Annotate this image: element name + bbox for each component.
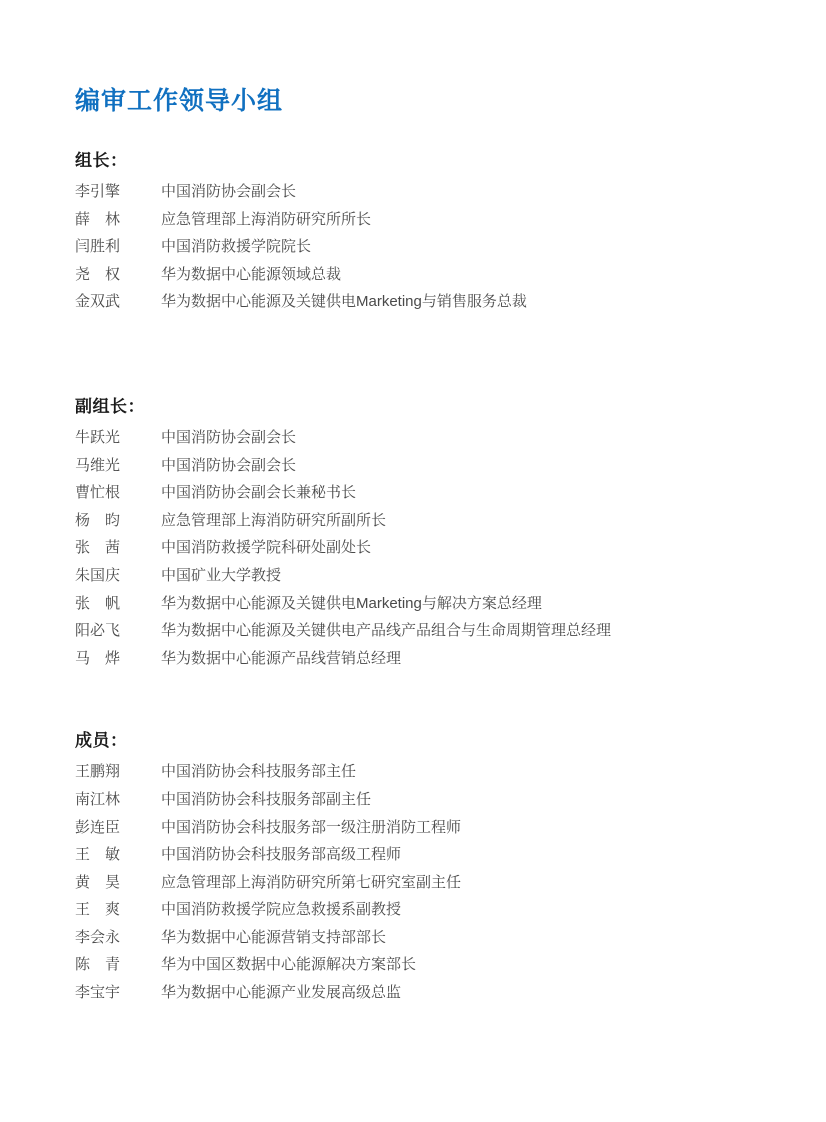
member-row: 陈 青 华为中国区数据中心能源解决方案部长	[75, 951, 756, 979]
member-name: 尧 权	[75, 261, 161, 289]
member-title: 华为数据中心能源领域总裁	[161, 261, 756, 289]
member-title: 华为数据中心能源产品线营销总经理	[161, 645, 756, 673]
member-row: 牛跃光 中国消防协会副会长	[75, 424, 756, 452]
member-name: 王 爽	[75, 896, 161, 924]
member-name: 马 烨	[75, 645, 161, 673]
member-row: 王 爽 中国消防救援学院应急救援系副教授	[75, 896, 756, 924]
committee-section: 组长： 李引擎 中国消防协会副会长 薛 林 应急管理部上海消防研究所所长 闫胜利…	[75, 150, 756, 316]
member-title: 中国消防协会科技服务部主任	[161, 758, 756, 786]
member-title: 中国消防救援学院科研处副处长	[161, 534, 756, 562]
member-name: 李引擎	[75, 178, 161, 206]
member-title: 华为数据中心能源营销支持部部长	[161, 924, 756, 952]
member-title: 中国消防救援学院院长	[161, 233, 756, 261]
member-row: 马 烨 华为数据中心能源产品线营销总经理	[75, 645, 756, 673]
member-name: 薛 林	[75, 206, 161, 234]
section-heading: 组长：	[75, 150, 756, 172]
member-name: 陈 青	[75, 951, 161, 979]
member-title: 华为数据中心能源产业发展高级总监	[161, 979, 756, 1007]
member-row: 闫胜利 中国消防救援学院院长	[75, 233, 756, 261]
member-row: 彭连臣 中国消防协会科技服务部一级注册消防工程师	[75, 814, 756, 842]
member-list: 王鹏翔 中国消防协会科技服务部主任 南江林 中国消防协会科技服务部副主任 彭连臣…	[75, 758, 756, 1006]
member-name: 朱国庆	[75, 562, 161, 590]
member-list: 李引擎 中国消防协会副会长 薛 林 应急管理部上海消防研究所所长 闫胜利 中国消…	[75, 178, 756, 316]
member-name: 闫胜利	[75, 233, 161, 261]
member-title: 中国消防协会科技服务部一级注册消防工程师	[161, 814, 756, 842]
member-row: 李宝宇 华为数据中心能源产业发展高级总监	[75, 979, 756, 1007]
member-name: 李宝宇	[75, 979, 161, 1007]
committee-section: 成员： 王鹏翔 中国消防协会科技服务部主任 南江林 中国消防协会科技服务部副主任…	[75, 730, 756, 1006]
member-row: 金双武 华为数据中心能源及关键供电Marketing与销售服务总裁	[75, 288, 756, 316]
member-name: 金双武	[75, 288, 161, 316]
member-row: 马维光 中国消防协会副会长	[75, 452, 756, 480]
member-title: 华为中国区数据中心能源解决方案部长	[161, 951, 756, 979]
member-title: 中国消防协会副会长	[161, 452, 756, 480]
member-row: 李会永 华为数据中心能源营销支持部部长	[75, 924, 756, 952]
member-title: 应急管理部上海消防研究所第七研究室副主任	[161, 869, 756, 897]
member-title: 中国消防协会副会长	[161, 178, 756, 206]
section-heading: 副组长：	[75, 396, 756, 418]
member-list: 牛跃光 中国消防协会副会长 马维光 中国消防协会副会长 曹忙根 中国消防协会副会…	[75, 424, 756, 672]
member-title: 中国消防协会副会长兼秘书长	[161, 479, 756, 507]
member-row: 黄 昊 应急管理部上海消防研究所第七研究室副主任	[75, 869, 756, 897]
member-title: 中国矿业大学教授	[161, 562, 756, 590]
member-title: 华为数据中心能源及关键供电Marketing与销售服务总裁	[161, 288, 756, 316]
member-name: 张 茜	[75, 534, 161, 562]
page-title: 编审工作领导小组	[75, 86, 756, 116]
member-row: 王鹏翔 中国消防协会科技服务部主任	[75, 758, 756, 786]
member-row: 王 敏 中国消防协会科技服务部高级工程师	[75, 841, 756, 869]
member-row: 尧 权 华为数据中心能源领域总裁	[75, 261, 756, 289]
committee-section: 副组长： 牛跃光 中国消防协会副会长 马维光 中国消防协会副会长 曹忙根 中国消…	[75, 396, 756, 672]
member-row: 薛 林 应急管理部上海消防研究所所长	[75, 206, 756, 234]
member-title: 应急管理部上海消防研究所副所长	[161, 507, 756, 535]
member-title: 中国消防协会科技服务部副主任	[161, 786, 756, 814]
member-name: 李会永	[75, 924, 161, 952]
member-name: 南江林	[75, 786, 161, 814]
member-name: 张 帆	[75, 590, 161, 618]
member-name: 王鹏翔	[75, 758, 161, 786]
member-row: 张 茜 中国消防救援学院科研处副处长	[75, 534, 756, 562]
member-title: 应急管理部上海消防研究所所长	[161, 206, 756, 234]
member-title: 中国消防协会科技服务部高级工程师	[161, 841, 756, 869]
member-name: 曹忙根	[75, 479, 161, 507]
section-heading: 成员：	[75, 730, 756, 752]
document-page: 编审工作领导小组 组长： 李引擎 中国消防协会副会长 薛 林 应急管理部上海消防…	[0, 0, 826, 1122]
member-row: 曹忙根 中国消防协会副会长兼秘书长	[75, 479, 756, 507]
member-name: 杨 昀	[75, 507, 161, 535]
member-row: 朱国庆 中国矿业大学教授	[75, 562, 756, 590]
member-row: 阳必飞 华为数据中心能源及关键供电产品线产品组合与生命周期管理总经理	[75, 617, 756, 645]
member-title: 华为数据中心能源及关键供电Marketing与解决方案总经理	[161, 590, 756, 618]
member-name: 王 敏	[75, 841, 161, 869]
member-name: 马维光	[75, 452, 161, 480]
member-name: 黄 昊	[75, 869, 161, 897]
sections-container: 组长： 李引擎 中国消防协会副会长 薛 林 应急管理部上海消防研究所所长 闫胜利…	[75, 150, 756, 1007]
member-name: 彭连臣	[75, 814, 161, 842]
member-row: 李引擎 中国消防协会副会长	[75, 178, 756, 206]
member-title: 中国消防协会副会长	[161, 424, 756, 452]
member-title: 华为数据中心能源及关键供电产品线产品组合与生命周期管理总经理	[161, 617, 756, 645]
member-name: 牛跃光	[75, 424, 161, 452]
member-row: 张 帆 华为数据中心能源及关键供电Marketing与解决方案总经理	[75, 590, 756, 618]
member-title: 中国消防救援学院应急救援系副教授	[161, 896, 756, 924]
member-name: 阳必飞	[75, 617, 161, 645]
member-row: 南江林 中国消防协会科技服务部副主任	[75, 786, 756, 814]
member-row: 杨 昀 应急管理部上海消防研究所副所长	[75, 507, 756, 535]
